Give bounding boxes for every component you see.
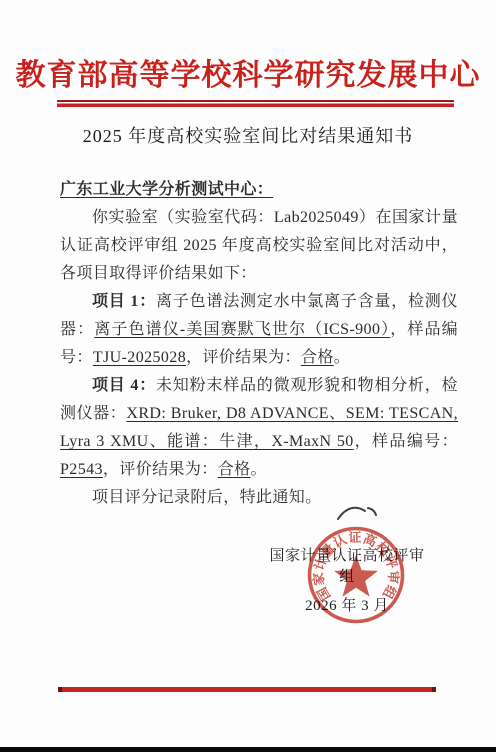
closing-text: 项目评分记录附后，特此通知。 [92,489,322,506]
intro-text: 你实验室（实验室代码：Lab2025049）在国家计量认证高校评审组 2025 … [60,209,458,282]
document-page: 教育部高等学校科学研究发展中心 2025 年度高校实验室间比对结果通知书 广东工… [0,0,496,752]
project1-result: 合格 [301,349,334,366]
project1-label: 项目 1： [92,293,156,310]
footer-rule [58,687,436,692]
page-bottom-edge [0,747,496,752]
seal-star-icon [334,555,378,597]
pen-mark [336,503,378,523]
salutation-line: 广东工业大学分析测试中心： [60,176,458,204]
project4-sample-id: P2543 [60,461,103,478]
project1-period: 。 [334,349,350,366]
document-title: 2025 年度高校实验室间比对结果通知书 [0,122,496,148]
document-body: 广东工业大学分析测试中心： 你实验室（实验室代码：Lab2025049）在国家计… [60,176,458,512]
project1-paragraph: 项目 1：离子色谱法测定水中氯离子含量，检测仪器：离子色谱仪-美国赛默飞世尔（I… [60,288,458,372]
project4-label: 项目 4： [92,377,156,394]
project1-sample-id: TJU-2025028 [93,349,186,366]
issuing-org-title: 教育部高等学校科学研究发展中心 [0,50,496,94]
intro-paragraph: 你实验室（实验室代码：Lab2025049）在国家计量认证高校评审组 2025 … [60,204,458,288]
project1-result-label: ，评价结果为： [186,349,301,366]
project4-period: 。 [251,461,267,478]
salutation: 广东工业大学分析测试中心： [60,181,273,198]
project1-instrument: 离子色谱仪-美国赛默飞世尔（ICS-900） [94,321,390,338]
project4-sample-label: ，样品编号： [354,433,458,450]
project4-result-label: ，评价结果为： [103,461,218,478]
project4-result: 合格 [218,461,251,478]
official-seal: 国家计量认证高校评审组 [286,505,426,645]
project4-paragraph: 项目 4：未知粉末样品的微观形貌和物相分析，检测仪器：XRD: Bruker, … [60,372,458,484]
header-rule [57,100,454,107]
